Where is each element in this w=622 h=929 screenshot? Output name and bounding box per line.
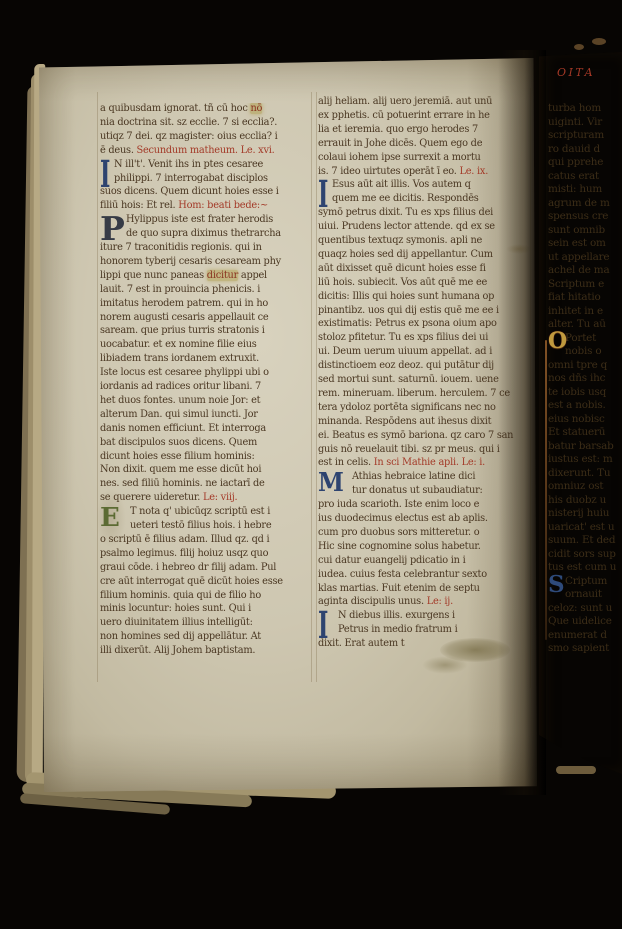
text-line: het duos fontes. unum noie Jor: et [100, 395, 312, 409]
body-text: cum pro duobus sors mitteretur. o [318, 527, 479, 538]
body-text: ro dauid d [548, 143, 600, 155]
text-line: Iste locus est cesaree phylippi ubi o [100, 367, 312, 381]
left-page: a quibusdam ignorat. tñ cū hoc nōnia doc… [36, 58, 537, 792]
illuminated-initial-p: Pʃ [100, 212, 125, 245]
text-line: bat discipulos suos dicens. Quem [100, 437, 312, 451]
body-text: dixit. Erat autem t [318, 638, 404, 649]
body-text: cre aūt interrogat quē dicūt hoies esse [100, 576, 283, 587]
text-line: uiginti. Vir [548, 116, 622, 130]
text-line: inhitet in e [548, 305, 622, 319]
body-text: minis locuntur: hoies sunt. Qui i [100, 603, 251, 614]
text-line: nes. sed filiū hominis. ne iactarī de [100, 478, 312, 492]
body-text: spensus cre [548, 210, 608, 222]
text-line: illi dixerūt. Alij Johem baptistam. [100, 645, 312, 659]
text-line: misti: hum [548, 183, 622, 197]
body-text: saream. que prius turris stratonis i [100, 325, 265, 336]
text-line: saream. que prius turris stratonis i [100, 325, 312, 339]
page-edge [556, 766, 596, 774]
text-line: sunt omnib [548, 224, 622, 238]
body-text: omni tpre q [548, 359, 607, 371]
body-text: ui. Deum uerum uiuum appellat. ad i [318, 346, 492, 357]
body-text: iustus est: m [548, 453, 613, 465]
text-line: fiat hitatio [548, 291, 622, 305]
text-line: eius nobisc [548, 413, 622, 427]
body-text: omniuz ost [548, 480, 603, 492]
body-text: norem augusti cesaris appellauit ce [100, 312, 268, 323]
body-text: se querere uideretur. [100, 492, 203, 503]
body-text: est a nobis. [548, 399, 606, 411]
text-line: sein est om [548, 237, 622, 251]
body-text: achel de ma [548, 264, 609, 276]
body-text: klas martias. Fuit etenim de septu [318, 583, 480, 594]
body-text: quaqz hoies sed dij appellantur. Cum [318, 249, 493, 260]
text-line: smo sapient [548, 642, 622, 656]
body-text: ut appellare [548, 251, 609, 263]
body-text: Que uidelice [548, 615, 612, 627]
text-line: agrum de m [548, 197, 622, 211]
body-text: smo sapient [548, 642, 609, 654]
body-text: ius duodecimus electus est ab aplis. [318, 513, 488, 524]
body-text: existimatis: Petrus ex psona oium apo [318, 318, 497, 329]
body-text: uero diuinitatem illius intelligūt: [100, 617, 253, 628]
body-text: alij heliam. alij uero jeremiā. aut unū [318, 96, 492, 107]
body-text: ex pphetis. cū potuerint errare in he [318, 110, 490, 121]
right-page: OITA turba homuiginti. Virscripturamro d… [539, 52, 622, 774]
manuscript-photograph: a quibusdam ignorat. tñ cū hoc nōnia doc… [0, 0, 622, 929]
body-text: illi dixerūt. Alij Johem baptistam. [100, 645, 255, 656]
body-text: Iste locus est cesaree phylippi ubi o [100, 367, 269, 378]
illuminated-initial-s: Sʃ [548, 573, 565, 596]
rubric: Le. ix. [460, 166, 489, 177]
body-text: N diebus illis. exurgens i [338, 610, 455, 621]
text-line: filiū hois: Et rel. Hom: beati bede:~ [100, 200, 312, 214]
text-line: lippi que nunc paneas dicitur appel [100, 270, 312, 284]
text-line: scripturam [548, 129, 622, 143]
text-line: ut appellare [548, 251, 622, 265]
body-text: Portet [565, 332, 596, 344]
body-text: sunt omnib [548, 224, 605, 236]
text-line: non homines sed dij appellātur. At [100, 631, 312, 645]
body-text: nisterij huiu [548, 507, 609, 519]
body-text: agrum de m [548, 197, 610, 209]
text-line: turba hom [548, 102, 622, 116]
text-line: utiqz 7 dei. qz magister: oius ecclia? i [100, 131, 312, 145]
text-line: omni tpre q [548, 359, 622, 373]
body-text: o scriptū ē filius adam. Illud qz. qd i [100, 534, 269, 545]
body-text: N ill't'. Venit ihs in ptes cesaree [114, 159, 263, 170]
text-line: o scriptū ē filius adam. Illud qz. qd i [100, 534, 312, 548]
illuminated-initial-i: Iʃ [100, 156, 110, 193]
body-text: minanda. Respōdens aut ihesus dixit [318, 416, 491, 427]
text-line: se querere uideretur. Le: viij. [100, 492, 312, 506]
body-text: T nota q' ubicūqz scriptū est i [130, 506, 270, 517]
body-text: Petrus in medio fratrum i [338, 624, 457, 635]
text-line: danis nomen efficiunt. Et interroga [100, 423, 312, 437]
text-line: ueteri testō filius hois. i hebre [100, 520, 312, 534]
body-text: is. 7 ideo uirtutes operāt ī eo. [318, 166, 460, 177]
text-line: nia doctrina sit. sz ecclie. 7 si ecclia… [100, 117, 312, 131]
text-line: Que uidelice [548, 615, 622, 629]
body-text: ornauit [565, 588, 602, 600]
body-text: tur donatus ut subaudiatur: [352, 485, 483, 496]
body-text: eius nobisc [548, 413, 605, 425]
text-line: Hylippus iste est frater herodis [100, 214, 312, 228]
body-text: alterum Dan. qui simul iuncti. Jor [100, 409, 258, 420]
text-line: cidit sors sup [548, 548, 622, 562]
body-text: uiginti. Vir [548, 116, 602, 128]
body-text: aginta discipulis unus. [318, 596, 427, 607]
text-line: ro dauid d [548, 143, 622, 157]
text-line: graui cōde. i hebreo dr filij adam. Pul [100, 562, 312, 576]
body-text: Scriptum e [548, 278, 604, 290]
body-text: batur barsab [548, 440, 614, 452]
body-text: de quo supra diximus thetrarcha [126, 228, 281, 239]
text-line: norem augusti cesaris appellauit ce [100, 312, 312, 326]
body-text: dicitis: Illis qui hoies sunt humana op [318, 291, 494, 302]
text-line: uaricat' est u [548, 521, 622, 535]
body-text: turba hom [548, 102, 601, 114]
text-line: iustus est: m [548, 453, 622, 467]
text-line: achel de ma [548, 264, 622, 278]
highlighted-word: nō [250, 103, 262, 114]
body-text: cui datur euangelij pdicatio in i [318, 555, 465, 566]
illuminated-initial-m: Mʃ [318, 470, 344, 496]
text-line: te iobis usq [548, 386, 622, 400]
body-text: ei. Beatus es symō bariona. qz caro 7 sa… [318, 430, 513, 441]
text-column-1: a quibusdam ignorat. tñ cū hoc nōnia doc… [100, 103, 312, 678]
body-text: rem. mineruam. liberum. herculem. 7 ce [318, 388, 510, 399]
body-text: Criptum [565, 575, 607, 587]
text-line: suum. Et ded [548, 534, 622, 548]
text-line: Non dixit. quem me esse dicūt hoi [100, 464, 312, 478]
text-line: cre aūt interrogat quē dicūt hoies esse [100, 576, 312, 590]
body-text: inhitet in e [548, 305, 603, 317]
body-text: scripturam [548, 129, 604, 141]
body-text: fiat hitatio [548, 291, 601, 303]
body-text: distinctioem eoz deoz. qui putātur dij [318, 360, 494, 371]
body-text: his duobz u [548, 494, 606, 506]
text-line: imitatus herodem patrem. qui in ho [100, 298, 312, 312]
body-text: appel [238, 270, 267, 281]
body-text: tera ydoloz portēta significans nec no [318, 402, 496, 413]
text-line: Et statuerū [548, 426, 622, 440]
body-text: Et statuerū [548, 426, 605, 438]
body-text: psalmo legimus. filij hoiuz usqz quo [100, 548, 268, 559]
body-text: graui cōde. i hebreo dr filij adam. Pul [100, 562, 276, 573]
body-text: suum. Et ded [548, 534, 615, 546]
body-text: guis nō reuelauit tibi. sz pr meus. qui … [318, 444, 500, 455]
illuminated-initial-i: Iʃ [318, 607, 328, 644]
body-text: Athias hebraice latine dici [352, 471, 475, 482]
body-text: stoloz pfitetur. Tu es xps filius dei ui [318, 332, 488, 343]
text-line: Scriptum e [548, 278, 622, 292]
text-line: uero diuinitatem illius intelligūt: [100, 617, 312, 631]
illuminated-initial-o: Oʃ [548, 330, 567, 352]
body-text: nes. sed filiū hominis. ne iactarī de [100, 478, 265, 489]
margin-flourish [545, 340, 547, 640]
body-text: est in celis. [318, 457, 374, 468]
text-line: lauit. 7 est in prouincia phenicis. i [100, 284, 312, 298]
body-text: danis nomen efficiunt. Et interroga [100, 423, 266, 434]
body-text: pro iuda scarioth. Iste enim loco e [318, 499, 479, 510]
body-text: symō petrus dixit. Tu es xps filius dei [318, 207, 493, 218]
body-text: quentibus textuqz symonis. apli ne [318, 235, 482, 246]
body-text: Non dixit. quem me esse dicūt hoi [100, 464, 261, 475]
text-line: ē deus. Secundum matheum. Le. xvi. [100, 145, 312, 159]
right-page-column: turba homuiginti. Virscripturamro dauid … [548, 102, 622, 662]
binding-fleck [592, 38, 606, 45]
text-line: de quo supra diximus thetrarcha [100, 228, 312, 242]
text-line: his duobz u [548, 494, 622, 508]
body-text: nia doctrina sit. sz ecclie. 7 si ecclia… [100, 117, 277, 128]
body-text: misti: hum [548, 183, 602, 195]
rubric: In sci Mathie apli. Le: i. [374, 457, 485, 468]
body-text: uaricat' est u [548, 521, 614, 533]
rubric: Secundum matheum. Le. xvi. [137, 145, 275, 156]
text-line: catus erat [548, 170, 622, 184]
body-text: errauit in Johe dicēs. Quem ego de [318, 138, 482, 149]
text-line: omniuz ost [548, 480, 622, 494]
body-text: dixerunt. Tu [548, 467, 610, 479]
highlighted-word: dicitur [207, 270, 238, 281]
body-text: ueteri testō filius hois. i hebre [130, 520, 271, 531]
ruling-line [97, 92, 98, 682]
body-text: utiqz 7 dei. qz magister: oius ecclia? i [100, 131, 278, 142]
body-text: iudea. cuius festa celebrantur sexto [318, 569, 487, 580]
body-text: quem me ee dicitis. Respondēs [332, 193, 479, 204]
body-text: het duos fontes. unum noie Jor: et [100, 395, 260, 406]
text-line: N ill't'. Venit ihs in ptes cesaree [100, 159, 312, 173]
body-text: te iobis usq [548, 386, 606, 398]
gutter-shadow [498, 50, 546, 795]
text-line: libiadem trans iordanem extruxit. [100, 353, 312, 367]
body-text: Esus aūt ait illis. Vos autem q [332, 179, 471, 190]
text-line: filium hominis. quia qui de filio ho [100, 590, 312, 604]
body-text: pinantibz. uos qui dij estis quē me ee i [318, 305, 499, 316]
binding-fleck [574, 44, 584, 50]
text-line: T nota q' ubicūqz scriptū est i [100, 506, 312, 520]
body-text: enumerat d [548, 629, 607, 641]
body-text: filium hominis. quia qui de filio ho [100, 590, 261, 601]
body-text: libiadem trans iordanem extruxit. [100, 353, 259, 364]
body-text: nobis o [565, 345, 601, 357]
rubric: Hom: beati bede:~ [178, 200, 268, 211]
text-line: uocabatur. et ex nomine filie eius [100, 339, 312, 353]
body-text: liū hois. subiecit. Vos aūt quē me ee [318, 277, 487, 288]
body-text: suos dicens. Quem dicunt hoies esse i [100, 186, 279, 197]
body-text: cidit sors sup [548, 548, 616, 560]
body-text: uocabatur. et ex nomine filie eius [100, 339, 257, 350]
text-line: honorem tyberij cesaris cesaream phy [100, 256, 312, 270]
body-text: sed mortui sunt. saturnū. iouem. uene [318, 374, 499, 385]
rubric: Le: viij. [203, 492, 237, 503]
text-line: qui pprehe [548, 156, 622, 170]
ruling-line [316, 92, 317, 682]
text-line: psalmo legimus. filij hoiuz usqz quo [100, 548, 312, 562]
text-line: enumerat d [548, 629, 622, 643]
body-text: aūt dixisset quē dicunt hoies esse fi [318, 263, 486, 274]
body-text: sein est om [548, 237, 606, 249]
text-line: spensus cre [548, 210, 622, 224]
illuminated-initial-e: Eʃ [100, 505, 120, 531]
body-text: lippi que nunc paneas [100, 270, 207, 281]
running-title: OITA [557, 66, 595, 79]
body-text: a quibusdam ignorat. tñ cū hoc [100, 103, 250, 114]
body-text: Hylippus iste est frater herodis [126, 214, 273, 225]
text-line: a quibusdam ignorat. tñ cū hoc nō [100, 103, 312, 117]
body-text: lia et ieremia. quo ergo herodes 7 [318, 124, 478, 135]
text-line: est a nobis. [548, 399, 622, 413]
rubric: Le: ij. [427, 596, 453, 607]
body-text: non homines sed dij appellātur. At [100, 631, 261, 642]
text-line: nisterij huiu [548, 507, 622, 521]
text-line: dixerunt. Tu [548, 467, 622, 481]
text-line: batur barsab [548, 440, 622, 454]
text-line: dicunt hoies esse filium hominis: [100, 451, 312, 465]
body-text: iordanis ad radices oritur libani. 7 [100, 381, 261, 392]
body-text: qui pprehe [548, 156, 603, 168]
text-line: celoz: sunt u [548, 602, 622, 616]
body-text: imitatus herodem patrem. qui in ho [100, 298, 268, 309]
body-text: dicunt hoies esse filium hominis: [100, 451, 255, 462]
text-line: iture 7 traconitidis regionis. qui in [100, 242, 312, 256]
body-text: uiui. Prudens lector attende. qd ex se [318, 221, 495, 232]
body-text: nos dñs ihc [548, 372, 605, 384]
body-text: bat discipulos suos dicens. Quem [100, 437, 257, 448]
text-line: alterum Dan. qui simul iuncti. Jor [100, 409, 312, 423]
text-line: philippi. 7 interrogabat disciplos [100, 173, 312, 187]
text-line: iordanis ad radices oritur libani. 7 [100, 381, 312, 395]
text-line: nos dñs ihc [548, 372, 622, 386]
body-text: celoz: sunt u [548, 602, 612, 614]
body-text: lauit. 7 est in prouincia phenicis. i [100, 284, 260, 295]
body-text: honorem tyberij cesaris cesaream phy [100, 256, 281, 267]
text-line: suos dicens. Quem dicunt hoies esse i [100, 186, 312, 200]
body-text: Hic sine cognomine solus habetur. [318, 541, 481, 552]
illuminated-initial-i: Iʃ [318, 176, 328, 213]
body-text: philippi. 7 interrogabat disciplos [114, 173, 268, 184]
body-text: colaui iohem ipse surrexit a mortu [318, 152, 481, 163]
body-text: catus erat [548, 170, 599, 182]
text-line: minis locuntur: hoies sunt. Qui i [100, 603, 312, 617]
